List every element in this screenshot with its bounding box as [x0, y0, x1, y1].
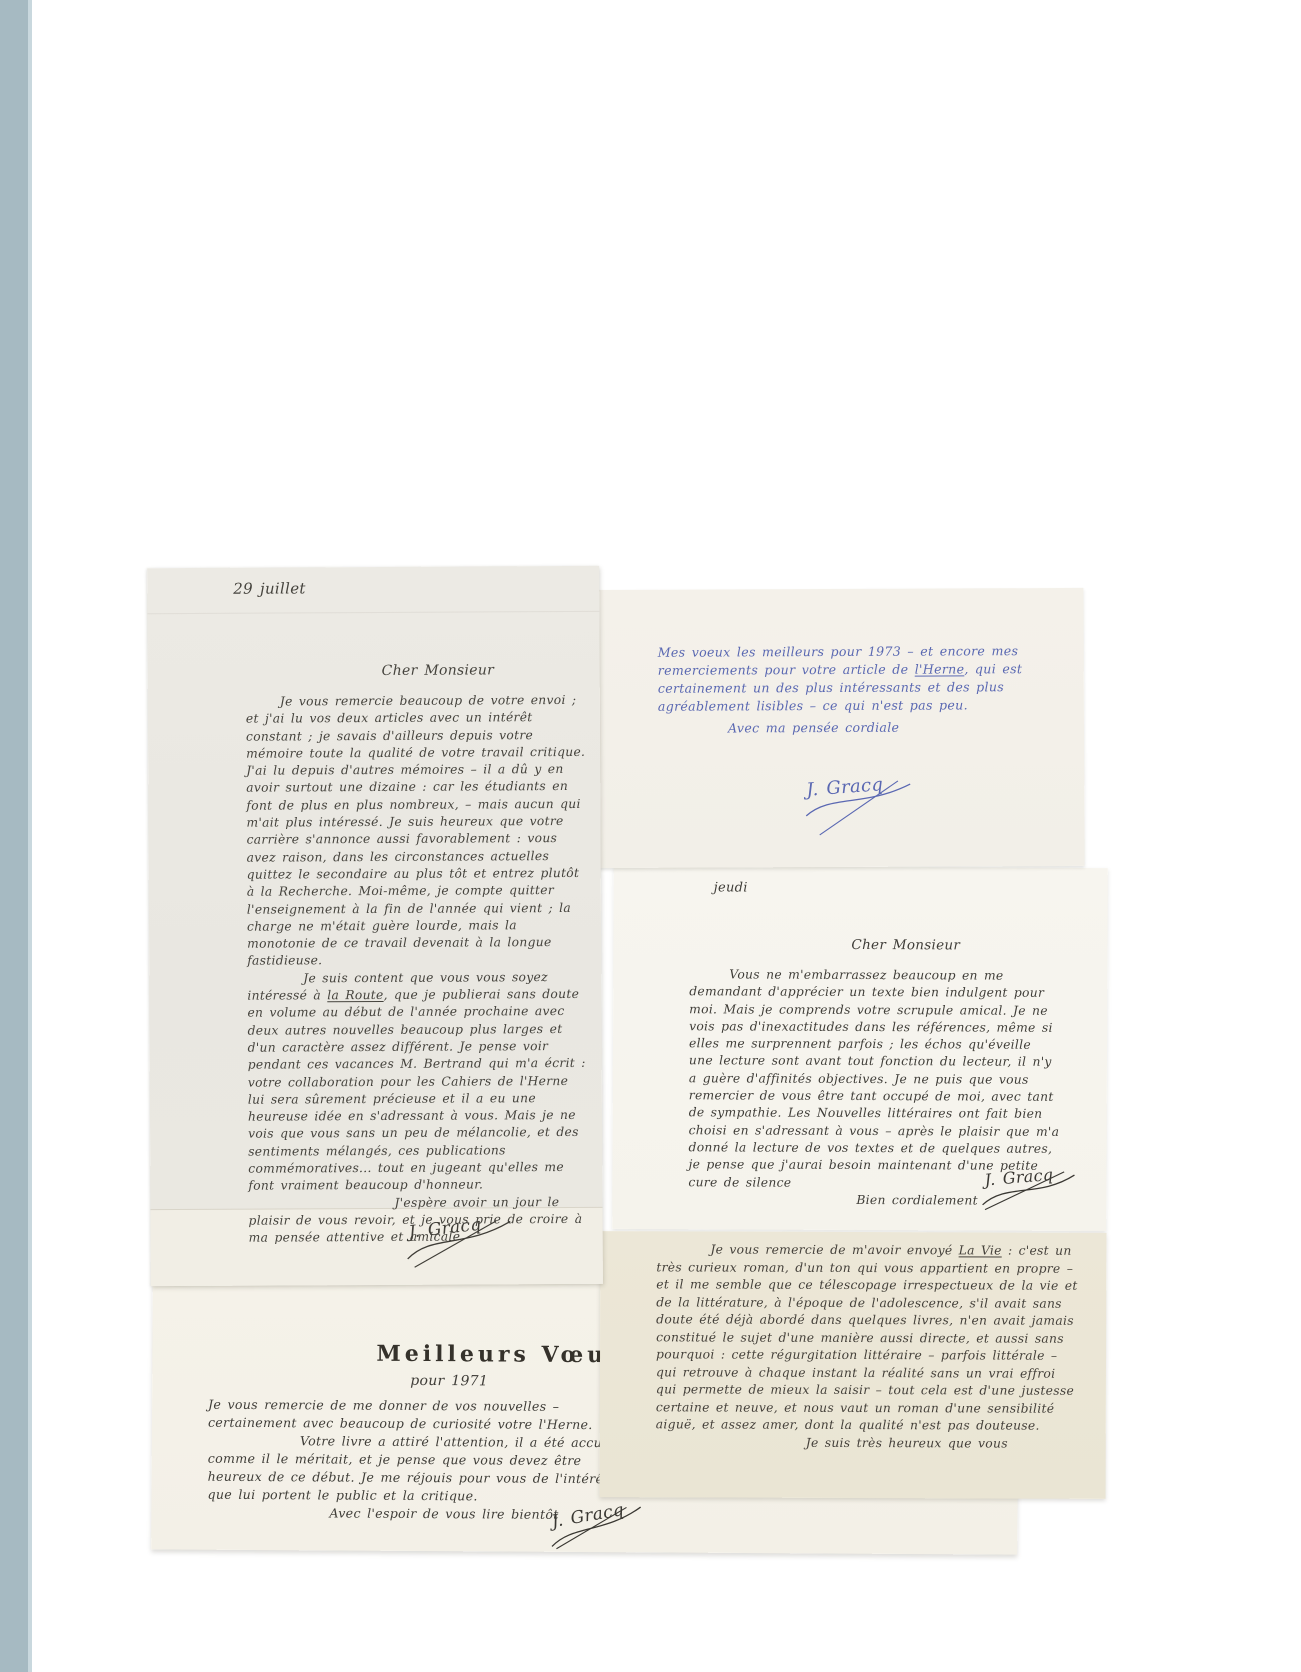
july-date: 29 juillet	[233, 579, 306, 597]
july-body: Je vous remercie beaucoup de votre envoi…	[246, 692, 589, 1247]
jeudi-closing: Bien cordialement	[688, 1191, 1060, 1210]
underlined-title: la Route	[327, 988, 383, 1002]
la-vie-last-line: Je suis très heureux que vous	[656, 1434, 1080, 1453]
voeux-paragraph-1: Je vous remercie de me donner de vos nou…	[208, 1396, 632, 1435]
la-vie-body: Je vous remercie de m'avoir envoyé La Vi…	[656, 1241, 1081, 1452]
voeux-year-line: pour 1971	[410, 1373, 488, 1389]
voeux-paragraph-2: Votre livre a attiré l'attention, il a é…	[207, 1432, 631, 1507]
july-paragraph-2: Je suis content que vous vous soyez inté…	[247, 969, 588, 1196]
july-letter-sheet: 29 juillet Cher Monsieur Je vous remerci…	[147, 566, 603, 1286]
underlined-title: l'Herne	[915, 661, 965, 676]
july-paragraph-1: Je vous remercie beaucoup de votre envoi…	[246, 692, 587, 971]
voeux-1973-paragraph: Mes voeux les meilleurs pour 1973 – et e…	[658, 642, 1034, 716]
jeudi-letter-sheet: jeudi Cher Monsieur Vous ne m'embarrasse…	[612, 866, 1108, 1231]
jeudi-paragraph: Vous ne m'embarrassez beaucoup en me dem…	[688, 966, 1061, 1192]
july-salutation: Cher Monsieur	[382, 662, 495, 679]
voeux-1973-signature: J. Gracq	[806, 774, 884, 801]
la-vie-paragraph: Je vous remercie de m'avoir envoyé La Vi…	[656, 1241, 1081, 1435]
voeux-body: Je vous remercie de me donner de vos nou…	[207, 1396, 632, 1525]
jeudi-salutation: Cher Monsieur	[851, 937, 960, 953]
voeux-1973-closing: Avec ma pensée cordiale	[658, 718, 1034, 738]
voeux-1973-body: Mes voeux les meilleurs pour 1973 – et e…	[658, 642, 1034, 738]
jeudi-date: jeudi	[714, 880, 748, 895]
la-vie-letter-sheet: Je vous remercie de m'avoir envoyé La Vi…	[600, 1231, 1107, 1499]
voeux-1973-note-sheet: Mes voeux les meilleurs pour 1973 – et e…	[577, 588, 1084, 868]
underlined-title: La Vie	[959, 1243, 1002, 1257]
catalog-page: Meilleurs Vœux pour 1971 Je vous remerci…	[0, 0, 1301, 1672]
paper-crease	[147, 611, 599, 614]
left-margin-bar	[0, 0, 32, 1672]
